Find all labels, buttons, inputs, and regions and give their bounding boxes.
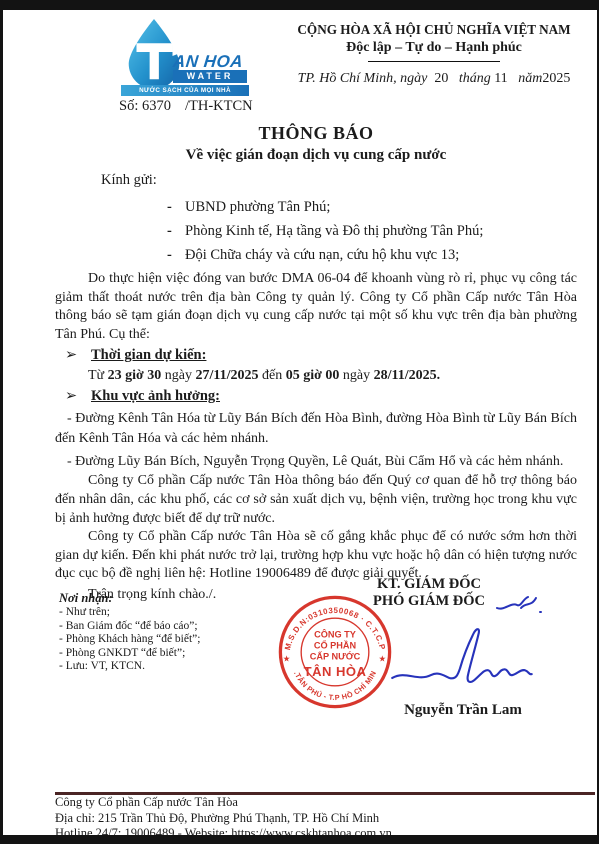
noi-nhan-item: - Phòng Khách hàng “để biết”; bbox=[59, 633, 200, 645]
noi-nhan-list: - Như trên;- Ban Giám đốc “để báo cáo”;-… bbox=[59, 606, 200, 672]
schedule-part: 23 giờ 30 bbox=[108, 368, 162, 383]
national-header: CỘNG HÒA XÃ HỘI CHỦ NGHĨA VIỆT NAM Độc l… bbox=[277, 22, 591, 87]
noi-nhan-block: Nơi nhận: - Như trên;- Ban Giám đốc “để … bbox=[59, 592, 200, 672]
area-heading: Khu vực ảnh hưởng: bbox=[91, 387, 220, 406]
document-number: Số: 6370/TH-KTCN bbox=[119, 98, 253, 115]
signature-scribble bbox=[386, 616, 536, 708]
area-heading-row: ➢ Khu vực ảnh hưởng: bbox=[65, 387, 577, 406]
page-footer: Công ty Cổ phần Cấp nước Tân Hòa Địa chỉ… bbox=[55, 792, 595, 835]
motto-divider bbox=[368, 61, 500, 62]
recipient-item: - Phòng Kinh tế, Hạ tầng và Đô thị phườn… bbox=[167, 222, 577, 241]
arrow-bullet-icon: ➢ bbox=[65, 387, 91, 406]
date-part: 11 bbox=[494, 71, 507, 86]
arrow-bullet-icon: ➢ bbox=[65, 346, 91, 365]
schedule-part: Từ bbox=[88, 368, 108, 383]
dash-bullet: - bbox=[167, 222, 185, 241]
schedule-part: 05 giờ 00 bbox=[286, 368, 340, 383]
schedule-part: ngày bbox=[339, 368, 373, 383]
stamp-center-line3: CẤP NƯỚC bbox=[310, 651, 361, 662]
affected-area-item: - Đường Kênh Tân Hóa từ Lũy Bán Bích đến… bbox=[55, 409, 577, 449]
footer-hotline-text: Hotline 24/7: 19006489 - Website: bbox=[55, 826, 231, 835]
recipient-list: - UBND phường Tân Phú; - Phòng Kinh tế, … bbox=[55, 198, 577, 265]
company-stamp: M.S.D.N:0310350068 · C.T.C.P Q.TÂN PHÚ -… bbox=[277, 594, 393, 710]
document-page: AN HOA WATER NƯỚC SẠCH CỦA MỌI NHÀ Số: 6… bbox=[3, 10, 597, 835]
brand-tagline: NƯỚC SẠCH CỦA MỌI NHÀ bbox=[121, 85, 249, 96]
schedule-part: 27/11/2025 bbox=[196, 368, 259, 383]
dash-bullet: - bbox=[167, 246, 185, 265]
national-motto-line2: Độc lập – Tự do – Hạnh phúc bbox=[277, 40, 591, 56]
document-body: THÔNG BÁO Về việc gián đoạn dịch vụ cung… bbox=[3, 123, 597, 603]
footer-hotline: Hotline 24/7: 19006489 - Website: https:… bbox=[55, 826, 595, 835]
date-part: tháng bbox=[448, 71, 494, 86]
date-part: năm bbox=[508, 71, 543, 86]
noi-nhan-heading: Nơi nhận: bbox=[59, 592, 200, 604]
footer-company: Công ty Cổ phần Cấp nước Tân Hòa bbox=[55, 795, 595, 811]
document-number-value: Số: 6370 bbox=[119, 98, 171, 114]
recipient-text: Phòng Kinh tế, Hạ tầng và Đô thị phường … bbox=[185, 222, 483, 241]
notice-paragraph: Công ty Cổ phần Cấp nước Tân Hòa thông b… bbox=[55, 472, 577, 528]
salutation: Kính gửi: bbox=[101, 172, 577, 189]
schedule-heading: Thời gian dự kiến: bbox=[91, 346, 206, 365]
page-frame: AN HOA WATER NƯỚC SẠCH CỦA MỌI NHÀ Số: 6… bbox=[0, 0, 599, 844]
brand-text: AN HOA bbox=[172, 52, 244, 72]
schedule-heading-row: ➢ Thời gian dự kiến: bbox=[65, 346, 577, 365]
document-subtitle: Về việc gián đoạn dịch vụ cung cấp nước bbox=[55, 147, 577, 164]
date-part: 20 bbox=[434, 71, 448, 86]
document-title: THÔNG BÁO bbox=[55, 123, 577, 144]
affected-area-item: - Đường Lũy Bán Bích, Nguyễn Trọng Quyền… bbox=[55, 452, 577, 472]
noi-nhan-item: - Lưu: VT, KTCN. bbox=[59, 660, 200, 672]
letterhead: AN HOA WATER NƯỚC SẠCH CỦA MỌI NHÀ Số: 6… bbox=[3, 10, 597, 114]
company-logo: AN HOA WATER NƯỚC SẠCH CỦA MỌI NHÀ bbox=[121, 14, 249, 100]
date-line: TP. Hồ Chí Minh, ngày 20 tháng 11 năm202… bbox=[277, 71, 591, 87]
affected-area-list: - Đường Kênh Tân Hóa từ Lũy Bán Bích đến… bbox=[55, 409, 577, 472]
schedule-line: Từ 23 giờ 30 ngày 27/11/2025 đến 05 giờ … bbox=[88, 366, 577, 385]
stamp-center-line1: CÔNG TY bbox=[314, 629, 356, 640]
noi-nhan-item: - Ban Giám đốc “để báo cáo”; bbox=[59, 620, 200, 632]
stamp-center-line4: TÂN HÒA bbox=[304, 664, 367, 679]
stamp-center-line2: CỔ PHẦN bbox=[314, 640, 356, 651]
signer-name: Nguyễn Trần Lam bbox=[383, 702, 543, 719]
schedule-part: 28/11/2025. bbox=[374, 368, 441, 383]
dash-bullet: - bbox=[167, 198, 185, 217]
stamp-star-left-icon: ★ bbox=[283, 654, 291, 664]
brand-water-label: WATER bbox=[173, 70, 247, 83]
noi-nhan-item: - Như trên; bbox=[59, 606, 200, 618]
document-number-suffix: /TH-KTCN bbox=[185, 98, 253, 114]
national-motto-line1: CỘNG HÒA XÃ HỘI CHỦ NGHĨA VIỆT NAM bbox=[277, 22, 591, 38]
recipient-item: - Đội Chữa cháy và cứu nạn, cứu hộ khu v… bbox=[167, 246, 577, 265]
website-link[interactable]: https://www.cskhtanhoa.com.vn bbox=[231, 826, 392, 835]
recipient-text: Đội Chữa cháy và cứu nạn, cứu hộ khu vực… bbox=[185, 246, 459, 265]
recipient-item: - UBND phường Tân Phú; bbox=[167, 198, 577, 217]
recipient-text: UBND phường Tân Phú; bbox=[185, 198, 330, 217]
schedule-part: ngày bbox=[161, 368, 195, 383]
intro-paragraph: Do thực hiện việc đóng van bước DMA 06-0… bbox=[55, 270, 577, 344]
date-part: TP. Hồ Chí Minh, ngày bbox=[298, 71, 435, 86]
date-part: 2025 bbox=[542, 71, 570, 86]
schedule-part: đến bbox=[259, 368, 286, 383]
noi-nhan-item: - Phòng GNKDT “để biết”; bbox=[59, 647, 200, 659]
footer-address: Địa chỉ: 215 Trần Thủ Độ, Phường Phú Thạ… bbox=[55, 811, 595, 827]
signature-title-line1: KT. GIÁM ĐỐC bbox=[343, 576, 515, 593]
